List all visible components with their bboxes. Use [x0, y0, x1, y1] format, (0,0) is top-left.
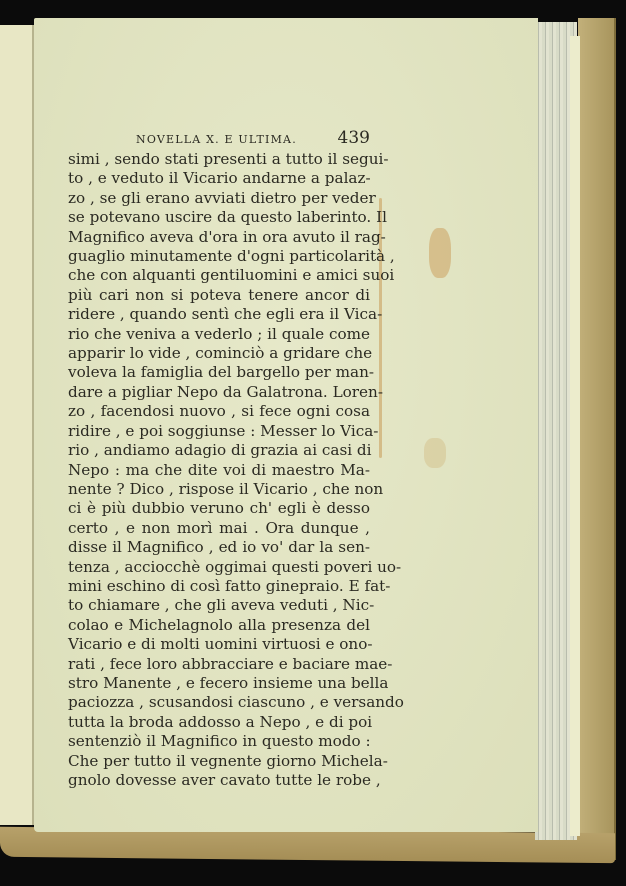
foxing-stain	[424, 438, 446, 468]
text-line: gnolo dovesse aver cavato tutte le robe …	[68, 771, 370, 790]
text-line: disse il Magnifico , ed io vo' dar la se…	[68, 538, 370, 557]
foxing-stain	[429, 228, 451, 278]
text-line: se potevano uscire da questo laberinto. …	[68, 208, 370, 227]
text-line: Magnifico aveva d'ora in ora avuto il ra…	[68, 228, 370, 247]
book-cover-right-edge	[578, 18, 616, 860]
text-line: nente ? Dico , rispose il Vicario , che …	[68, 480, 370, 499]
text-line: Vicario e di molti uomini virtuosi e ono…	[68, 635, 370, 654]
text-line: più cari non si poteva tenere ancor di	[68, 286, 370, 305]
text-block: NOVELLA X. E ULTIMA. 439 simi , sendo st…	[68, 128, 370, 790]
page-number: 439	[338, 128, 370, 148]
text-line: to , e veduto il Vicario andarne a palaz…	[68, 169, 370, 188]
text-line: voleva la famiglia del bargello per man-	[68, 363, 370, 382]
text-line: to chiamare , che gli aveva veduti , Nic…	[68, 596, 370, 615]
text-line: paciozza , scusandosi ciascuno , e versa…	[68, 693, 370, 712]
text-line: ci è più dubbio veruno ch' egli è desso	[68, 499, 370, 518]
text-line: simi , sendo stati presenti a tutto il s…	[68, 150, 370, 169]
running-head-title: NOVELLA X. E ULTIMA.	[136, 133, 297, 146]
text-line: stro Manente , e fecero insieme una bell…	[68, 674, 370, 693]
text-line: guaglio minutamente d'ogni particolarità…	[68, 247, 370, 266]
text-line: colao e Michelagnolo alla presenza del	[68, 616, 370, 635]
text-line: sentenziò il Magnifico in questo modo :	[68, 732, 370, 751]
running-head: NOVELLA X. E ULTIMA. 439	[68, 128, 370, 148]
text-line: ridire , e poi soggiunse : Messer lo Vic…	[68, 422, 370, 441]
text-line: Nepo : ma che dite voi di maestro Ma-	[68, 461, 370, 480]
text-line: tenza , acciocchè oggimai questi poveri …	[68, 558, 370, 577]
text-line: tutta la broda addosso a Nepo , e di poi	[68, 713, 370, 732]
text-line: dare a pigliar Nepo da Galatrona. Loren-	[68, 383, 370, 402]
endpaper-edge	[570, 36, 580, 836]
text-line: che con alquanti gentiluomini e amici su…	[68, 266, 370, 285]
book-cover-bottom-edge	[0, 827, 615, 863]
text-line: rio , andiamo adagio di grazia ai casi d…	[68, 441, 370, 460]
facing-page-edge	[0, 25, 34, 825]
text-line: Che per tutto il vegnente giorno Michela…	[68, 752, 370, 771]
text-line: rati , fece loro abbracciare e baciare m…	[68, 655, 370, 674]
text-line: rio che veniva a vederlo ; il quale come	[68, 325, 370, 344]
text-line: zo , facendosi nuovo , si fece ogni cosa	[68, 402, 370, 421]
body-text: simi , sendo stati presenti a tutto il s…	[68, 150, 370, 790]
text-line: certo , e non morì mai . Ora dunque ,	[68, 519, 370, 538]
text-line: ridere , quando sentì che egli era il Vi…	[68, 305, 370, 324]
text-line: zo , se gli erano avviati dietro per ved…	[68, 189, 370, 208]
text-line: mini eschino di così fatto ginepraio. E …	[68, 577, 370, 596]
text-line: apparir lo vide , cominciò a gridare che	[68, 344, 370, 363]
